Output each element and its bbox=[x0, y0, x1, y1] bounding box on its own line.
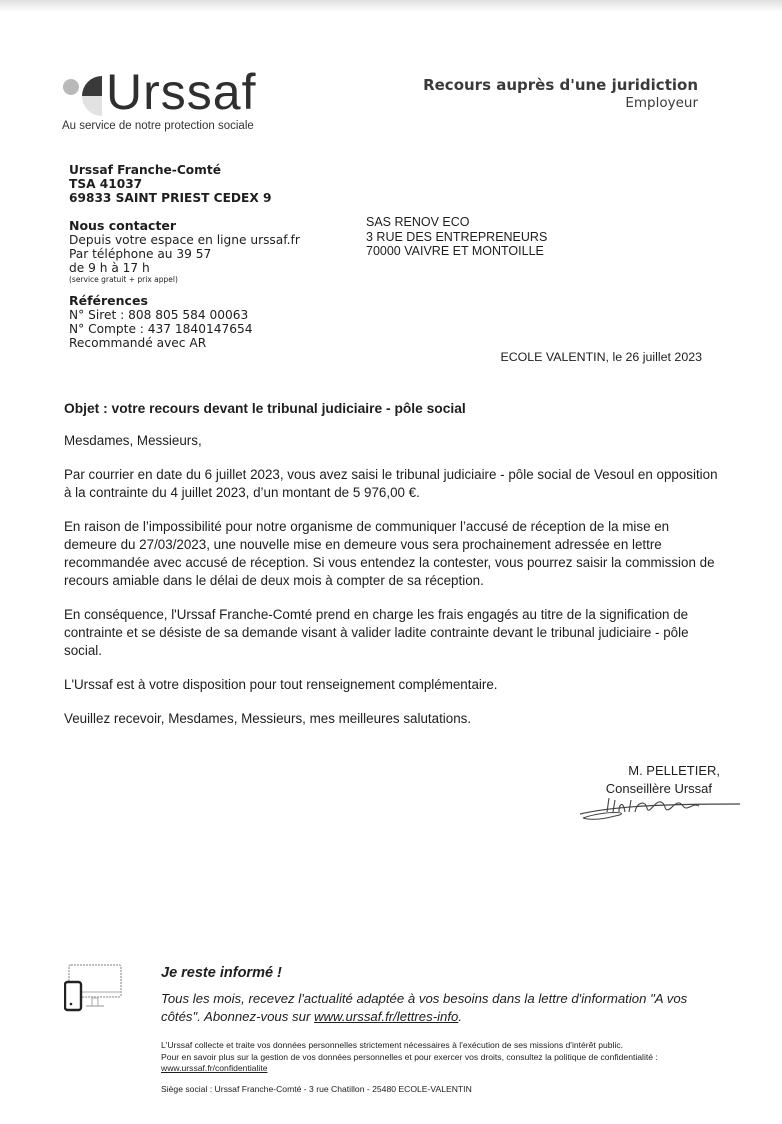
head-office-address: Siège social : Urssaf Franche-Comté - 3 … bbox=[161, 1084, 472, 1094]
letter-closing: Veuillez recevoir, Mesdames, Messieurs, … bbox=[64, 710, 724, 728]
reference-compte: N° Compte : 437 1840147654 bbox=[69, 322, 252, 336]
contact-phone: Par téléphone au 39 57 bbox=[69, 247, 300, 261]
letter-body: Objet : votre recours devant le tribunal… bbox=[64, 400, 724, 744]
document-title: Recours auprès d'une juridiction bbox=[423, 76, 698, 94]
privacy-line: L'Urssaf collecte et traite vos données … bbox=[161, 1040, 731, 1052]
recipient-line: SAS RENOV ECO bbox=[366, 215, 547, 230]
reference-mode: Recommandé avec AR bbox=[69, 336, 252, 350]
sender-line: TSA 41037 bbox=[69, 177, 272, 191]
recipient-address: SAS RENOV ECO 3 RUE DES ENTREPRENEURS 70… bbox=[366, 215, 547, 259]
recipient-line: 70000 VAIVRE ET MONTOILLE bbox=[366, 244, 547, 259]
logo-tagline: Au service de notre protection sociale bbox=[62, 120, 254, 132]
reference-siret: N° Siret : 808 805 584 00063 bbox=[69, 308, 252, 322]
letter-paragraph: L'Urssaf est à votre disposition pour to… bbox=[64, 676, 724, 694]
letter-paragraph: En raison de l’impossibilité pour notre … bbox=[64, 518, 724, 590]
newsletter-end: . bbox=[458, 1009, 462, 1024]
sender-line: Urssaf Franche-Comté bbox=[69, 163, 272, 177]
document-subtitle: Employeur bbox=[625, 95, 698, 111]
letter-paragraph: Par courrier en date du 6 juillet 2023, … bbox=[64, 466, 724, 502]
signatory-name: M. PELLETIER, bbox=[628, 763, 720, 778]
place-date: ECOLE VALENTIN, le 26 juillet 2023 bbox=[500, 350, 702, 364]
urssaf-logo-mark-icon bbox=[62, 76, 104, 116]
urssaf-logo: Urssaf Au service de notre protection so… bbox=[60, 72, 260, 134]
contact-hours: de 9 h à 17 h bbox=[69, 261, 300, 275]
newsletter-title: Je reste informé ! bbox=[161, 965, 282, 981]
letter-paragraph: En conséquence, l'Urssaf Franche-Comté p… bbox=[64, 606, 724, 660]
sender-address: Urssaf Franche-Comté TSA 41037 69833 SAI… bbox=[69, 163, 272, 205]
newsletter-text: Tous les mois, recevez l'actualité adapt… bbox=[161, 990, 721, 1026]
scan-top-shadow bbox=[0, 0, 782, 12]
handwritten-signature-icon bbox=[575, 790, 745, 826]
privacy-notice: L'Urssaf collecte et traite vos données … bbox=[161, 1040, 731, 1075]
references-heading: Références bbox=[69, 294, 252, 308]
contact-note: (service gratuit + prix appel) bbox=[69, 275, 300, 285]
privacy-link[interactable]: www.urssaf.fr/confidentialite bbox=[161, 1063, 268, 1073]
sender-line: 69833 SAINT PRIEST CEDEX 9 bbox=[69, 191, 272, 205]
references-block: Références N° Siret : 808 805 584 00063 … bbox=[69, 294, 252, 350]
recipient-line: 3 RUE DES ENTREPRENEURS bbox=[366, 230, 547, 245]
letter-subject: Objet : votre recours devant le tribunal… bbox=[64, 400, 724, 418]
devices-icon bbox=[64, 964, 124, 1012]
newsletter-link[interactable]: www.urssaf.fr/lettres-info bbox=[314, 1009, 458, 1024]
privacy-line: Pour en savoir plus sur la gestion de vo… bbox=[161, 1052, 731, 1064]
contact-block: Nous contacter Depuis votre espace en li… bbox=[69, 219, 300, 285]
contact-online: Depuis votre espace en ligne urssaf.fr bbox=[69, 233, 300, 247]
letter-salutation: Mesdames, Messieurs, bbox=[64, 432, 724, 450]
logo-wordmark: Urssaf bbox=[106, 64, 256, 120]
contact-heading: Nous contacter bbox=[69, 219, 300, 233]
